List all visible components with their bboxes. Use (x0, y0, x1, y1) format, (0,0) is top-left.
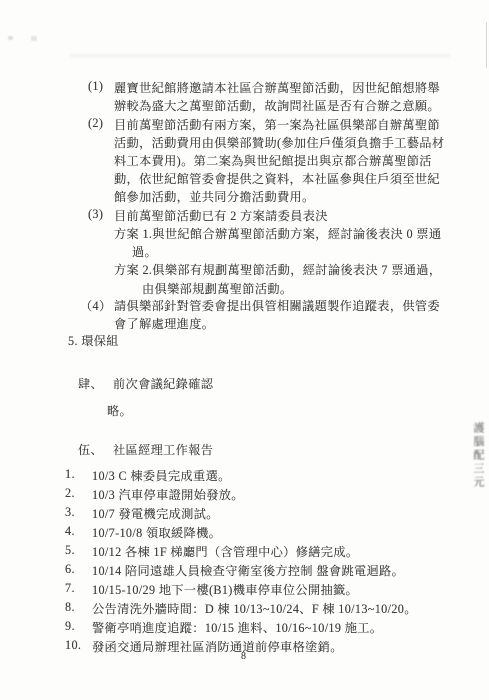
item-text: 館參加活動，並共同分擔活動費用。 (114, 188, 315, 205)
item-text: 麗寶世紀館將邀請本社區合辦萬聖節活動，因世紀館想將舉 (114, 79, 440, 96)
page-number: 8 (241, 651, 246, 662)
section-marker: 伍、 (78, 441, 103, 458)
agenda-line: 會了解處理進度。 (0, 315, 489, 332)
plan2-text: 方案 2.俱樂部有規劃萬聖節活動，經討論後表決 7 票通過， (114, 261, 441, 278)
report-number: 6. (65, 562, 75, 577)
item-text: 目前萬聖節活動有兩方案，第一案為社區俱樂部自辦萬聖節 (114, 116, 440, 133)
report-line: 1. 10/3 C 棟委員完成重選。 (0, 467, 489, 484)
item-marker: (1) (88, 79, 103, 94)
agenda-line: (2) 目前萬聖節活動有兩方案，第一案為社區俱樂部自辦萬聖節 (0, 116, 489, 133)
report-number: 1. (65, 467, 75, 482)
item-marker: (3) (88, 207, 103, 222)
agenda-line: 方案 2.俱樂部有規劃萬聖節活動，經討論後表決 7 票通過， (0, 261, 489, 278)
report-number: 4. (65, 524, 75, 539)
report-line: 7. 10/15-10/29 地下一樓(B1)機車停車位公開抽籤。 (0, 581, 489, 598)
agenda-line: 方案 1.與世紀館合辦萬聖節活動方案，經討論後表決 0 票通 (0, 225, 489, 242)
item-text: 辦較為盛大之萬聖節活動，故詢問社區是否有合辦之意願。 (114, 97, 440, 114)
agenda-line: 由俱樂部規劃萬聖節活動。 (0, 280, 489, 297)
section-heading: 伍、 社區經理工作報告 (0, 441, 489, 458)
illegible-margin-stamp: 護腦配三元 (469, 422, 486, 502)
report-text: 10/14 陪同遠雄人員檢查守衛室後方控制 盤會跳電迴路。 (92, 562, 404, 579)
report-text: 公告清洗外牆時間：D 棟 10/13~10/24、F 棟 10/13~10/20… (92, 600, 417, 617)
report-text: 10/3 C 棟委員完成重選。 (92, 467, 231, 484)
report-number: 8. (65, 600, 75, 615)
agenda-line: 過。 (0, 243, 489, 260)
item-text: 動，依世紀館管委會提供之資料，本社區參與住戶須至世紀 (114, 170, 440, 187)
plan1-text: 方案 1.與世紀館合辦萬聖節活動方案，經討論後表決 0 票通 (114, 225, 441, 242)
report-line: 5. 10/12 各棟 1F 梯廳門（含管理中心）修繕完成。 (0, 543, 489, 560)
section-heading: 肆、 前次會議紀錄確認 (0, 375, 489, 392)
report-number: 3. (65, 505, 75, 520)
item-text: 目前萬聖節活動已有 2 方案請委員表決 (114, 207, 328, 224)
report-line: 3. 10/7 發電機完成測試。 (0, 505, 489, 522)
report-number: 5. (65, 543, 75, 558)
agenda-line: 料工本費用)。第二案為與世紀館提出與京都合辦萬聖節活 (0, 152, 489, 169)
section-marker: 肆、 (78, 375, 103, 392)
agenda-line: 5. 環保組 (0, 332, 489, 349)
scan-edge-line (486, 22, 487, 68)
report-line: 4. 10/7-10/8 領取緩降機。 (0, 524, 489, 541)
page-footer: 8 (0, 651, 489, 668)
report-line: 8. 公告清洗外牆時間：D 棟 10/13~10/24、F 棟 10/13~10… (0, 600, 489, 617)
scan-smudge (70, 54, 450, 57)
agenda-line: 活動，活動費用由俱樂部贊助(參加住戶僅須負擔手工藝品材 (0, 134, 489, 151)
report-text: 警衛亭哨進度追蹤：10/15 進料、10/16~10/19 施工。 (92, 619, 382, 636)
report-text: 10/7 發電機完成測試。 (92, 505, 219, 522)
agenda-line: 館參加活動，並共同分擔活動費用。 (0, 188, 489, 205)
report-text: 10/12 各棟 1F 梯廳門（含管理中心）修繕完成。 (92, 543, 358, 560)
item-text: 料工本費用)。第二案為與世紀館提出與京都合辦萬聖節活 (114, 152, 432, 169)
report-text: 10/3 汽車停車證開始發放。 (92, 486, 244, 503)
plan2-text: 由俱樂部規劃萬聖節活動。 (142, 280, 292, 297)
scanned-document-page: (1) 麗寶世紀館將邀請本社區合辦萬聖節活動，因世紀館想將舉 辦較為盛大之萬聖節… (0, 0, 489, 700)
agenda-line: 動，依世紀館管委會提供之資料，本社區參與住戶須至世紀 (0, 170, 489, 187)
agenda-line: 辦較為盛大之萬聖節活動，故詢問社區是否有合辦之意願。 (0, 97, 489, 114)
agenda-line: (1) 麗寶世紀館將邀請本社區合辦萬聖節活動，因世紀館想將舉 (0, 79, 489, 96)
agenda-line: （4） 請俱樂部針對管委會提出俱管相關議題製作追蹤表，供管委 (0, 297, 489, 314)
section-title: 社區經理工作報告 (113, 441, 213, 458)
scan-speck (8, 36, 13, 40)
item-text: 會了解處理進度。 (114, 315, 214, 332)
report-text: 10/15-10/29 地下一樓(B1)機車停車位公開抽籤。 (92, 581, 358, 598)
item-text: 請俱樂部針對管委會提出俱管相關議題製作追蹤表，供管委 (114, 297, 440, 314)
section-title: 前次會議紀錄確認 (113, 375, 213, 392)
item-marker: (2) (88, 116, 103, 131)
report-number: 9. (65, 619, 75, 634)
section-body: 略。 (0, 402, 489, 419)
agenda-line: (3) 目前萬聖節活動已有 2 方案請委員表決 (0, 207, 489, 224)
item-marker: （4） (80, 297, 112, 314)
report-number: 7. (65, 581, 75, 596)
report-number: 2. (65, 486, 75, 501)
report-line: 6. 10/14 陪同遠雄人員檢查守衛室後方控制 盤會跳電迴路。 (0, 562, 489, 579)
report-text: 10/7-10/8 領取緩降機。 (92, 524, 221, 541)
report-line: 9. 警衛亭哨進度追蹤：10/15 進料、10/16~10/19 施工。 (0, 619, 489, 636)
plan1-text: 過。 (132, 243, 157, 260)
section-body-text: 略。 (107, 402, 132, 419)
report-line: 2. 10/3 汽車停車證開始發放。 (0, 486, 489, 503)
item-text: 活動，活動費用由俱樂部贊助(參加住戶僅須負擔手工藝品材 (114, 134, 444, 151)
item-text: 5. 環保組 (68, 332, 119, 349)
scan-speck (31, 36, 37, 41)
